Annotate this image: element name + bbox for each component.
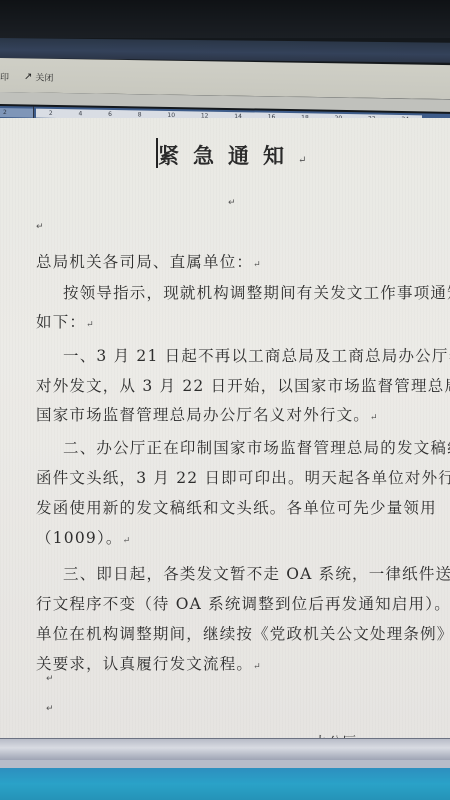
item-1-line-1: 一、3 月 21 日起不再以工商总局及工商总局办公厅名义	[63, 342, 450, 370]
paragraph-mark: ↵	[46, 674, 54, 684]
document-title: 紧急通知↵	[158, 140, 306, 170]
salutation-text: 总局机关各司局、直属单位：	[36, 253, 253, 271]
photo-of-monitor: 印 ↗ 关闭 2 2 4 6 8 10 12 14 16 18 20 22 24…	[0, 0, 450, 800]
item-3-text: 关要求，认真履行发文流程。	[36, 655, 253, 673]
intro-line-2: 如下：↵	[36, 308, 95, 339]
paragraph-mark: ↵	[370, 413, 379, 423]
ruler-tick: 2	[49, 110, 53, 117]
print-label: 印	[0, 70, 9, 83]
item-3-line-1: 三、即日起，各类发文暂不走 OA 系统，一律纸件送签，	[63, 560, 450, 588]
item-3-line-2: 行文程序不变（待 OA 系统调整到位后再发通知启用）。请各	[36, 590, 450, 618]
item-2-text: （1009）。	[36, 529, 123, 547]
monitor-bezel	[0, 0, 450, 38]
item-1-line-2: 对外发文，从 3 月 22 日开始，以国家市场监督管理总局和	[36, 372, 450, 400]
item-3-line-4: 关要求，认真履行发文流程。↵	[36, 650, 262, 681]
intro-text: 如下：	[36, 313, 86, 331]
intro-line-1: 按领导指示，现就机构调整期间有关发文工作事项通知	[63, 279, 450, 307]
item-2-line-3: 发函使用新的发文稿纸和文头纸。各单位可先少量领用	[36, 494, 437, 522]
title-text: 紧急通知	[158, 143, 298, 168]
paragraph-mark: ↵	[36, 222, 44, 232]
paragraph-mark: ↵	[46, 704, 54, 714]
close-label: 关闭	[35, 71, 53, 84]
salutation: 总局机关各司局、直属单位：↵	[36, 248, 262, 279]
document-page[interactable]: 紧急通知↵ ↵ ↵ 总局机关各司局、直属单位：↵ 按领导指示，现就机构调整期间有…	[0, 118, 450, 738]
item-2-line-1: 二、办公厅正在印制国家市场监督管理总局的发文稿纸、	[63, 434, 450, 462]
taskbar	[0, 768, 450, 800]
paragraph-mark: ↵	[253, 260, 262, 270]
paragraph-mark: ↵	[86, 320, 95, 330]
paragraph-mark: ↵	[298, 155, 306, 166]
arrow-curve-icon: ↗	[24, 71, 32, 82]
paragraph-mark: ↵	[228, 198, 236, 208]
ruler-margin-left: 2	[0, 108, 34, 118]
item-1-line-3: 国家市场监督管理总局办公厅名义对外行文。↵	[36, 401, 379, 432]
ruler-tick: 4	[79, 110, 83, 117]
close-button[interactable]: ↗ 关闭	[24, 70, 53, 83]
paragraph-mark: ↵	[253, 662, 262, 672]
paragraph-mark: ↵	[123, 536, 132, 546]
item-1-text: 国家市场监督管理总局办公厅名义对外行文。	[36, 406, 370, 424]
print-button[interactable]: 印	[0, 70, 9, 83]
item-3-line-3: 单位在机构调整期间，继续按《党政机关公文处理条例》有	[36, 620, 450, 648]
ruler-tick: 6	[108, 111, 112, 118]
item-2-line-2: 函件文头纸，3 月 22 日即可印出。明天起各单位对外行文和	[36, 464, 450, 492]
item-2-line-4: （1009）。↵	[36, 524, 131, 555]
status-bar-lower	[0, 760, 450, 768]
status-bar	[0, 738, 450, 761]
